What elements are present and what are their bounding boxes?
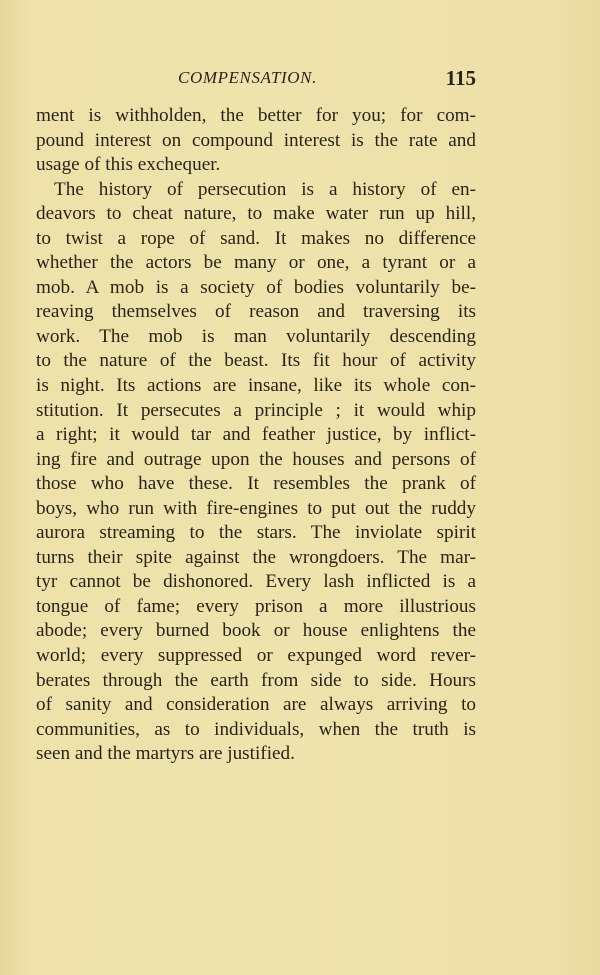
page-number: 115 — [446, 66, 476, 91]
text-line: a right; it would tar and feather justic… — [36, 423, 476, 448]
body-text: ment is withholden, the better for you; … — [36, 104, 476, 767]
text-line: communities, as to individuals, when the… — [36, 718, 476, 743]
text-line: usage of this exchequer. — [36, 153, 476, 178]
text-line: ment is withholden, the better for you; … — [36, 104, 476, 129]
text-line: whether the actors be many or one, a tyr… — [36, 251, 476, 276]
text-line: boys, who run with fire-engines to put o… — [36, 497, 476, 522]
text-line: berates through the earth from side to s… — [36, 669, 476, 694]
paragraph-start-line: The history of persecution is a history … — [36, 178, 476, 203]
running-head: COMPENSATION. 115 — [36, 66, 476, 94]
text-line: pound interest on compound interest is t… — [36, 129, 476, 154]
book-page: COMPENSATION. 115 ment is withholden, th… — [0, 0, 600, 975]
text-line: tyr cannot be dishonored. Every lash inf… — [36, 570, 476, 595]
text-line: mob. A mob is a society of bodies volunt… — [36, 276, 476, 301]
text-line: work. The mob is man voluntarily descend… — [36, 325, 476, 350]
text-line: aurora streaming to the stars. The invio… — [36, 521, 476, 546]
text-line: those who have these. It resembles the p… — [36, 472, 476, 497]
running-title: COMPENSATION. — [178, 68, 317, 88]
text-line: stitution. It persecutes a principle ; i… — [36, 399, 476, 424]
text-line: abode; every burned book or house enligh… — [36, 619, 476, 644]
text-line: ing fire and outrage upon the houses and… — [36, 448, 476, 473]
text-line: is night. Its actions are insane, like i… — [36, 374, 476, 399]
paragraph-end-line: seen and the martyrs are justified. — [36, 742, 476, 767]
text-line: reaving themselves of reason and travers… — [36, 300, 476, 325]
text-line: to the nature of the beast. Its fit hour… — [36, 349, 476, 374]
text-line: to twist a rope of sand. It makes no dif… — [36, 227, 476, 252]
text-line: tongue of fame; every prison a more illu… — [36, 595, 476, 620]
text-line: world; every suppressed or expunged word… — [36, 644, 476, 669]
text-line: deavors to cheat nature, to make water r… — [36, 202, 476, 227]
text-line: turns their spite against the wrongdoers… — [36, 546, 476, 571]
text-line: of sanity and consideration are always a… — [36, 693, 476, 718]
